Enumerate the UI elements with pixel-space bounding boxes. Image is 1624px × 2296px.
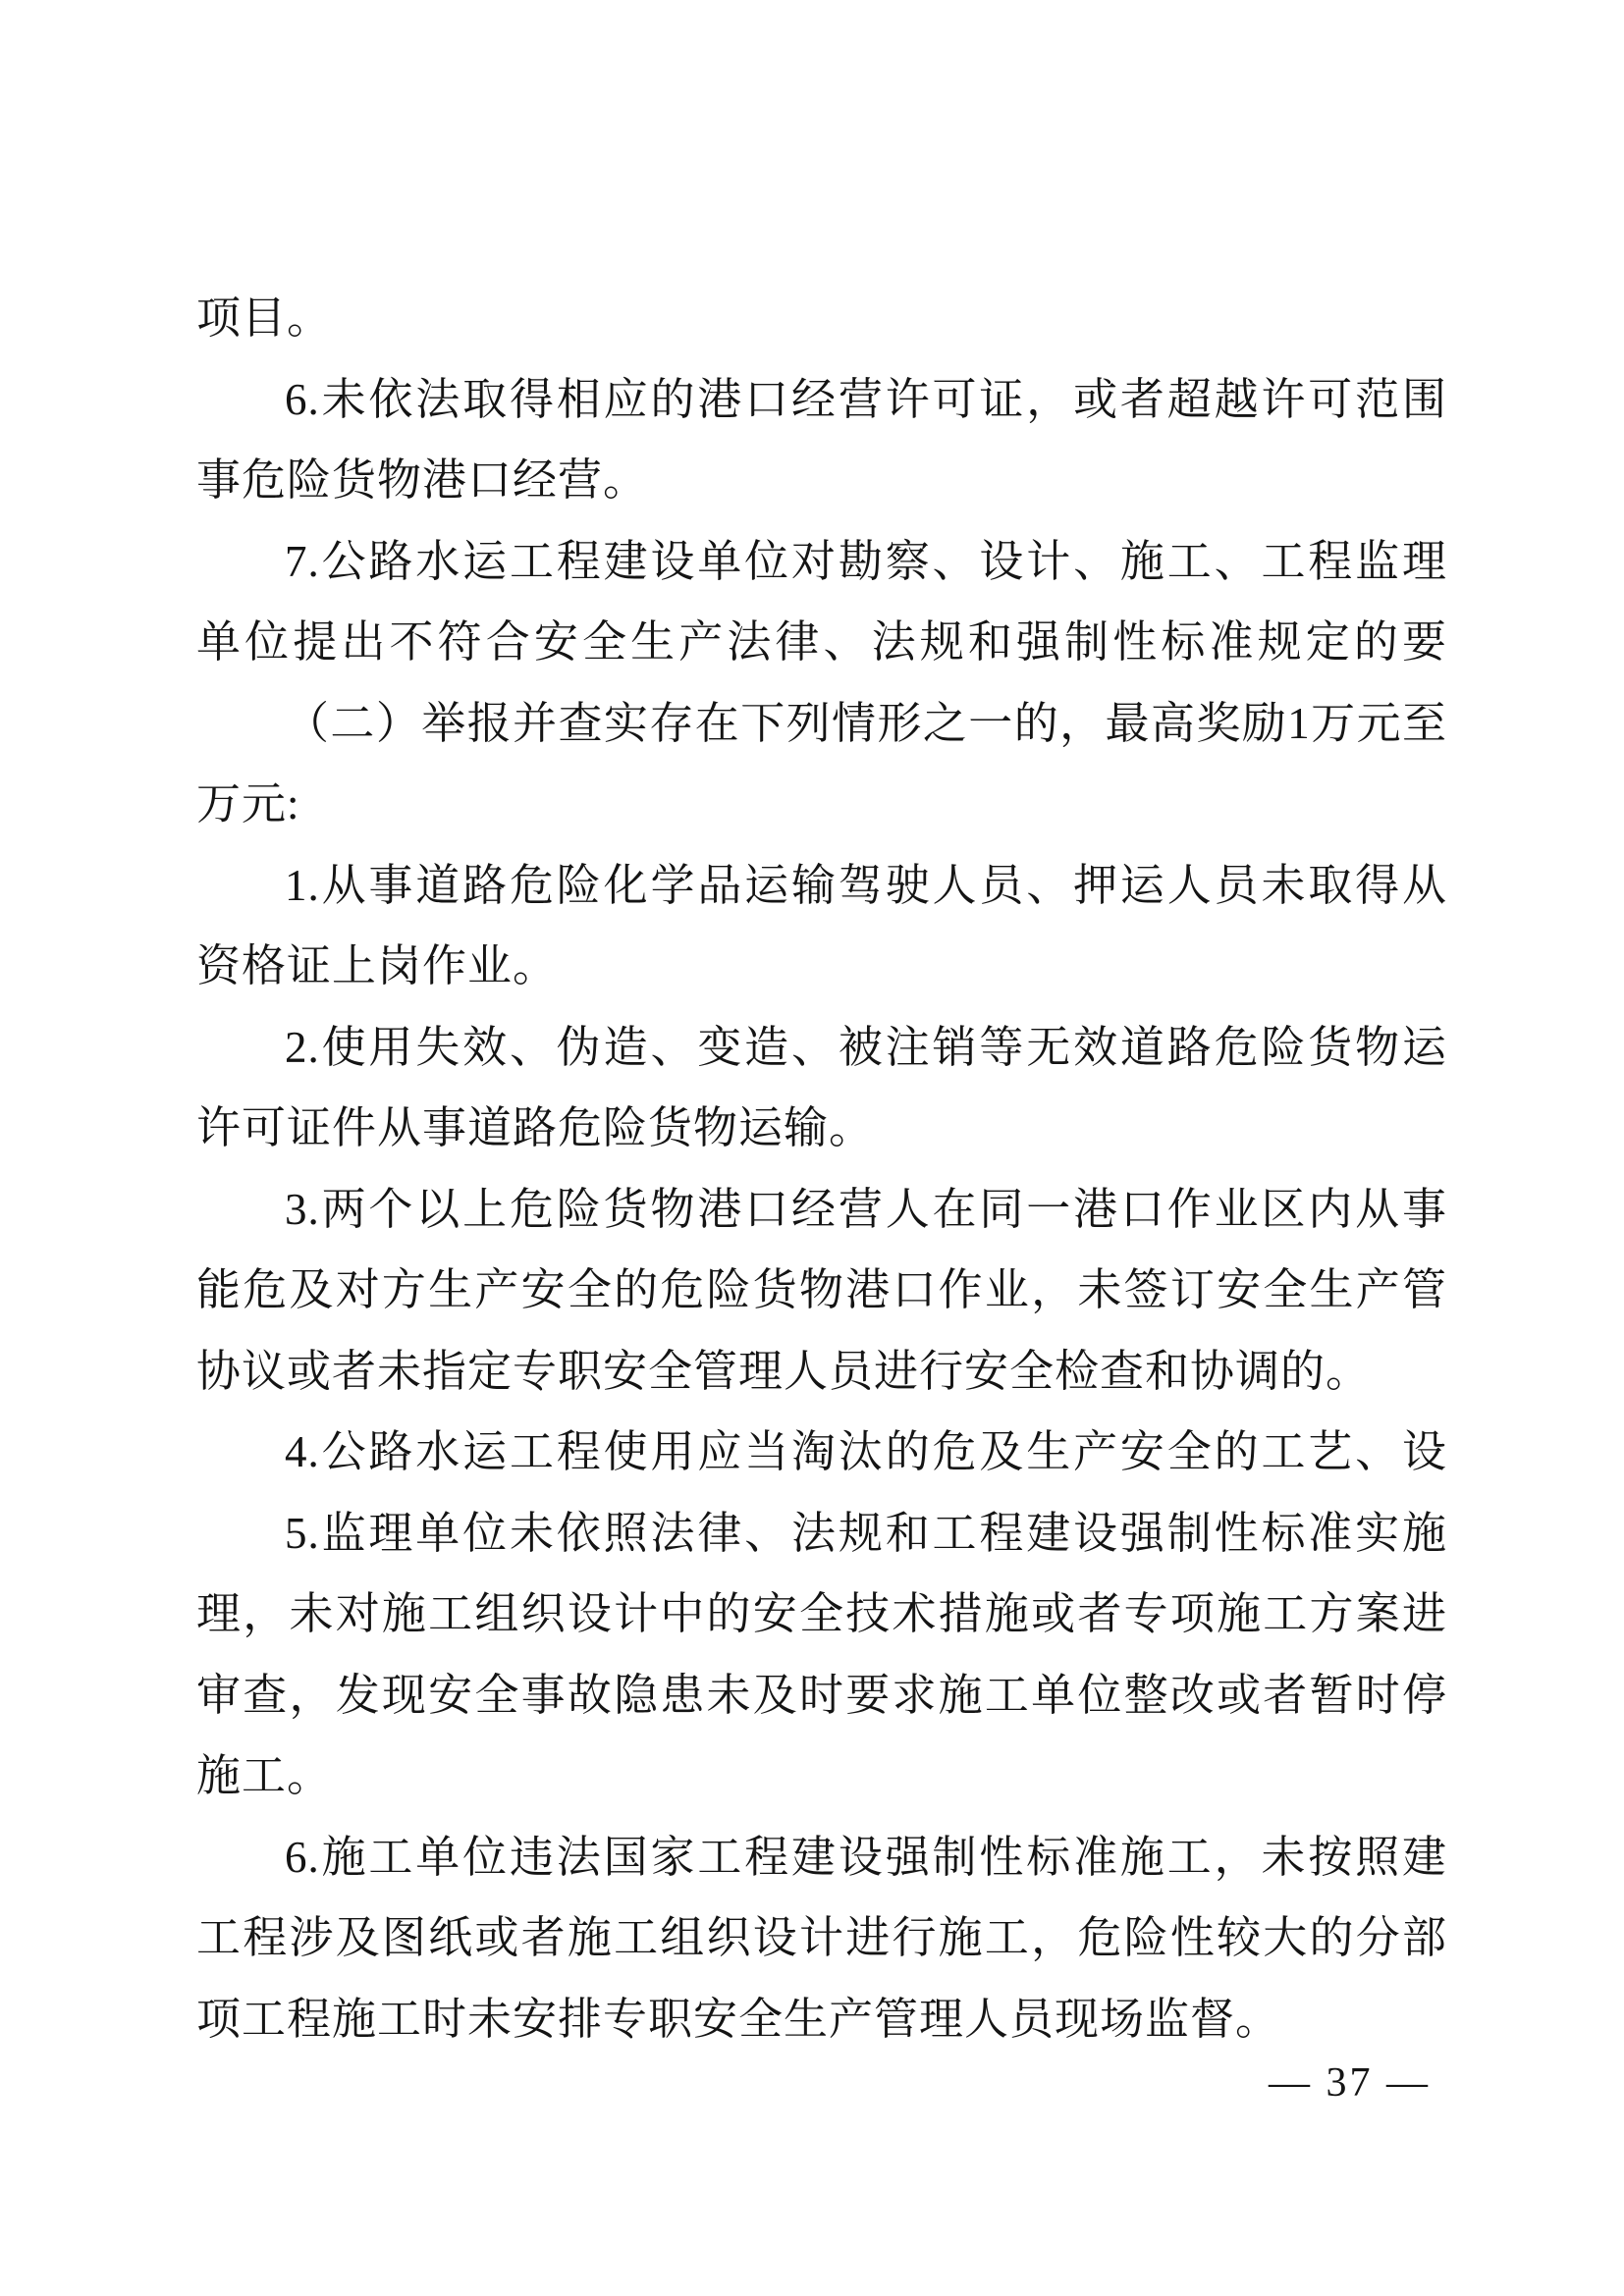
text-line: （二）举报并查实存在下列情形之一的，最高奖励1万元至2 — [196, 683, 1447, 765]
text-line: 审查，发现安全事故隐患未及时要求施工单位整改或者暂时停止 — [196, 1655, 1447, 1736]
text-line: 2.使用失效、伪造、变造、被注销等无效道路危险货物运输 — [196, 1007, 1447, 1089]
text-line: 6.施工单位违法国家工程建设强制性标准施工，未按照建设 — [196, 1817, 1447, 1898]
text-line: 3.两个以上危险货物港口经营人在同一港口作业区内从事可 — [196, 1169, 1447, 1251]
text-line: 5.监理单位未依照法律、法规和工程建设强制性标准实施监 — [196, 1493, 1447, 1575]
page-number: — 37 — — [1269, 2059, 1431, 2107]
document-page: 项目。 6.未依法取得相应的港口经营许可证，或者超越许可范围从 事危险货物港口经… — [0, 0, 1624, 2296]
text-line: 理，未对施工组织设计中的安全技术措施或者专项施工方案进行 — [196, 1574, 1447, 1655]
text-line: 协议或者未指定专职安全管理人员进行安全检查和协调的。 — [196, 1331, 1447, 1413]
text-line: 项目。 — [196, 278, 1447, 359]
text-line: 许可证件从事道路危险货物运输。 — [196, 1088, 1447, 1169]
text-line: 能危及对方生产安全的危险货物港口作业，未签订安全生产管理 — [196, 1250, 1447, 1331]
text-line: 万元: — [196, 764, 1447, 845]
text-line: 项工程施工时未安排专职安全生产管理人员现场监督。 — [196, 1979, 1447, 2060]
document-body: 项目。 6.未依法取得相应的港口经营许可证，或者超越许可范围从 事危险货物港口经… — [196, 278, 1447, 2059]
text-line: 事危险货物港口经营。 — [196, 440, 1447, 521]
text-line: 1.从事道路危险化学品运输驾驶人员、押运人员未取得从业 — [196, 845, 1447, 927]
text-line: 资格证上岗作业。 — [196, 926, 1447, 1007]
text-line: 7.公路水运工程建设单位对勘察、设计、施工、工程监理等 — [196, 521, 1447, 603]
text-line: 单位提出不符合安全生产法律、法规和强制性标准规定的要求。 — [196, 602, 1447, 683]
text-line: 4.公路水运工程使用应当淘汰的危及生产安全的工艺、设备。 — [196, 1412, 1447, 1493]
text-line: 工程涉及图纸或者施工组织设计进行施工，危险性较大的分部分 — [196, 1897, 1447, 1979]
text-line: 6.未依法取得相应的港口经营许可证，或者超越许可范围从 — [196, 359, 1447, 441]
text-line: 施工。 — [196, 1735, 1447, 1817]
